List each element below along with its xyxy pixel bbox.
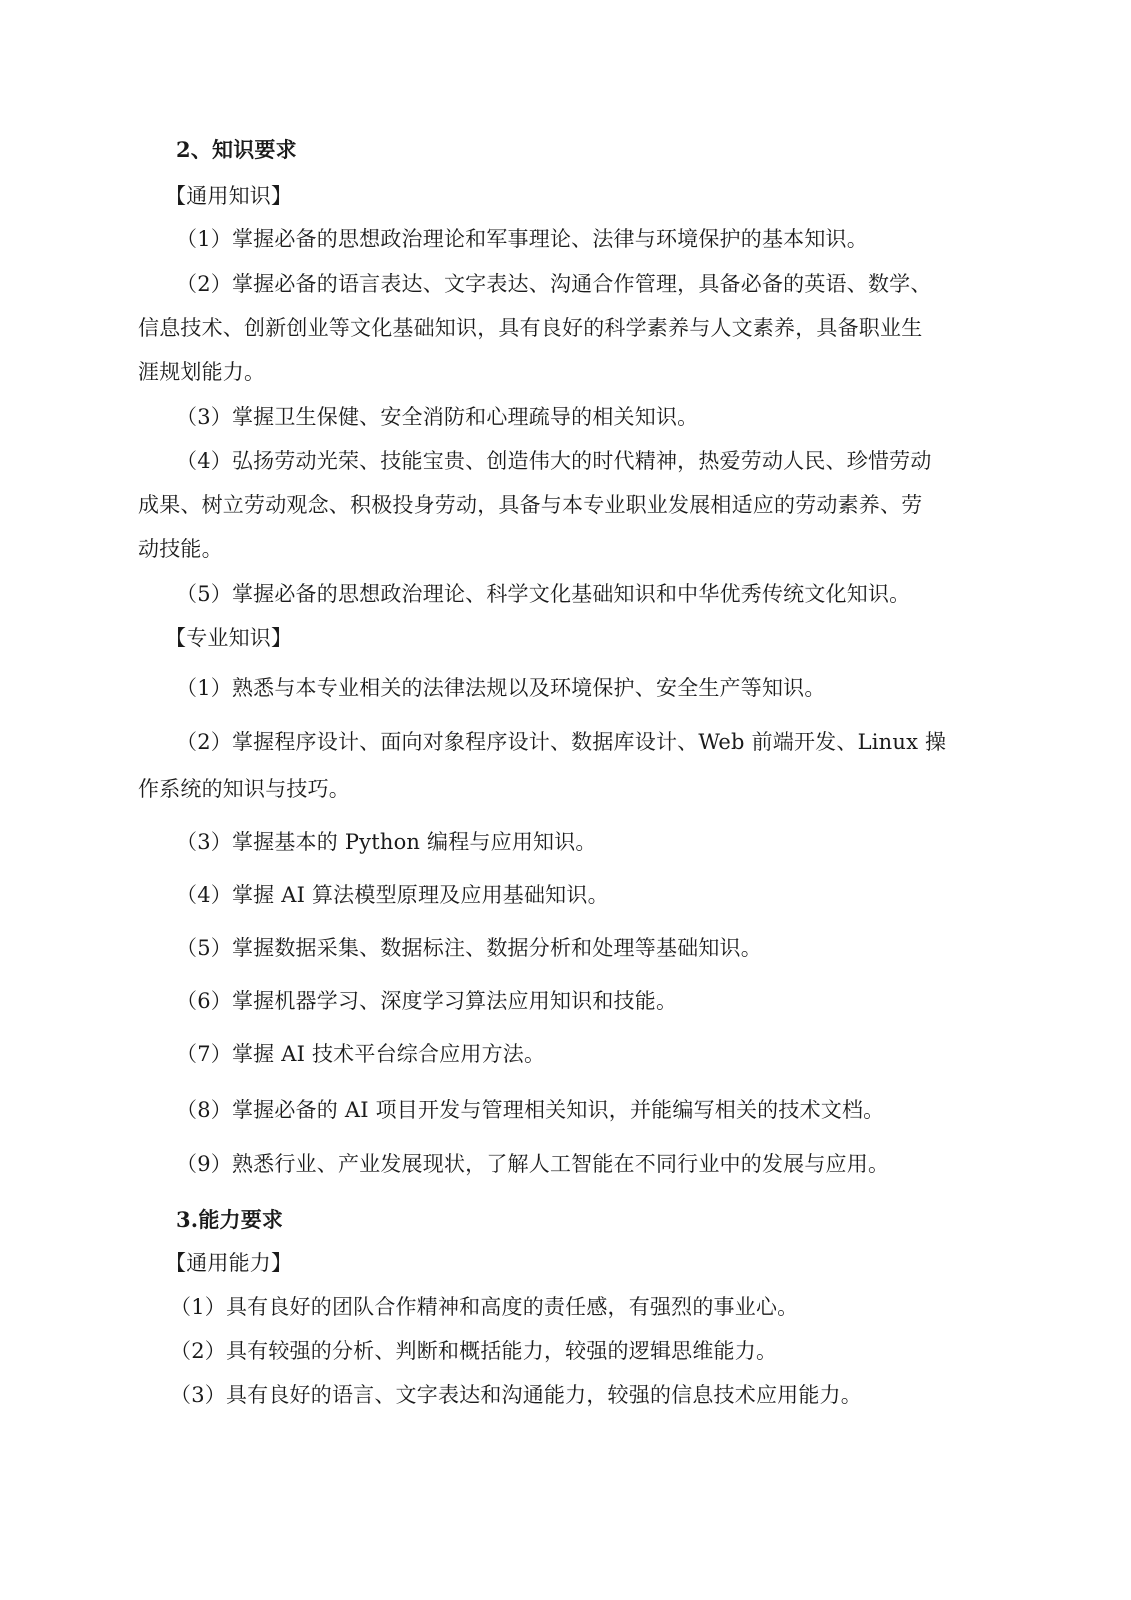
general-ability-item-1: （1）具有良好的团队合作精神和高度的责任感，有强烈的事业心。	[170, 1294, 798, 1320]
professional-knowledge-item-2-line-1: （2）掌握程序设计、面向对象程序设计、数据库设计、Web 前端开发、Linux …	[176, 729, 946, 755]
section-heading-knowledge: 2、知识要求	[176, 137, 297, 163]
general-ability-item-2: （2）具有较强的分析、判断和概括能力，较强的逻辑思维能力。	[170, 1338, 777, 1364]
general-knowledge-item-2-line-3: 涯规划能力。	[138, 359, 265, 385]
professional-knowledge-item-1: （1）熟悉与本专业相关的法律法规以及环境保护、安全生产等知识。	[176, 675, 826, 701]
professional-knowledge-item-7: （7）掌握 AI 技术平台综合应用方法。	[176, 1041, 545, 1067]
professional-knowledge-item-9: （9）熟悉行业、产业发展现状，了解人工智能在不同行业中的发展与应用。	[176, 1151, 889, 1177]
professional-knowledge-item-5: （5）掌握数据采集、数据标注、数据分析和处理等基础知识。	[176, 935, 762, 961]
professional-knowledge-item-4: （4）掌握 AI 算法模型原理及应用基础知识。	[176, 882, 609, 908]
subsection-label-general-ability: 【通用能力】	[165, 1250, 292, 1276]
professional-knowledge-item-2-line-2: 作系统的知识与技巧。	[138, 776, 350, 802]
general-knowledge-item-5: （5）掌握必备的思想政治理论、科学文化基础知识和中华优秀传统文化知识。	[176, 581, 910, 607]
subsection-label-general-knowledge: 【通用知识】	[165, 183, 292, 209]
general-knowledge-item-4-line-3: 动技能。	[138, 536, 223, 562]
general-knowledge-item-1: （1）掌握必备的思想政治理论和军事理论、法律与环境保护的基本知识。	[176, 226, 868, 252]
general-knowledge-item-4-line-1: （4）弘扬劳动光荣、技能宝贵、创造伟大的时代精神，热爱劳动人民、珍惜劳动	[176, 448, 932, 474]
general-knowledge-item-2-line-1: （2）掌握必备的语言表达、文字表达、沟通合作管理，具备必备的英语、数学、	[176, 271, 932, 297]
general-knowledge-item-2-line-2: 信息技术、创新创业等文化基础知识，具有良好的科学素养与人文素养，具备职业生	[138, 315, 922, 341]
general-knowledge-item-4-line-2: 成果、树立劳动观念、积极投身劳动，具备与本专业职业发展相适应的劳动素养、劳	[138, 492, 922, 518]
professional-knowledge-item-8: （8）掌握必备的 AI 项目开发与管理相关知识，并能编写相关的技术文档。	[176, 1097, 884, 1123]
subsection-label-professional-knowledge: 【专业知识】	[165, 625, 292, 651]
general-knowledge-item-3: （3）掌握卫生保健、安全消防和心理疏导的相关知识。	[176, 404, 698, 430]
section-heading-ability: 3.能力要求	[176, 1207, 283, 1233]
general-ability-item-3: （3）具有良好的语言、文字表达和沟通能力，较强的信息技术应用能力。	[170, 1382, 862, 1408]
professional-knowledge-item-6: （6）掌握机器学习、深度学习算法应用知识和技能。	[176, 988, 677, 1014]
professional-knowledge-item-3: （3）掌握基本的 Python 编程与应用知识。	[176, 829, 597, 855]
